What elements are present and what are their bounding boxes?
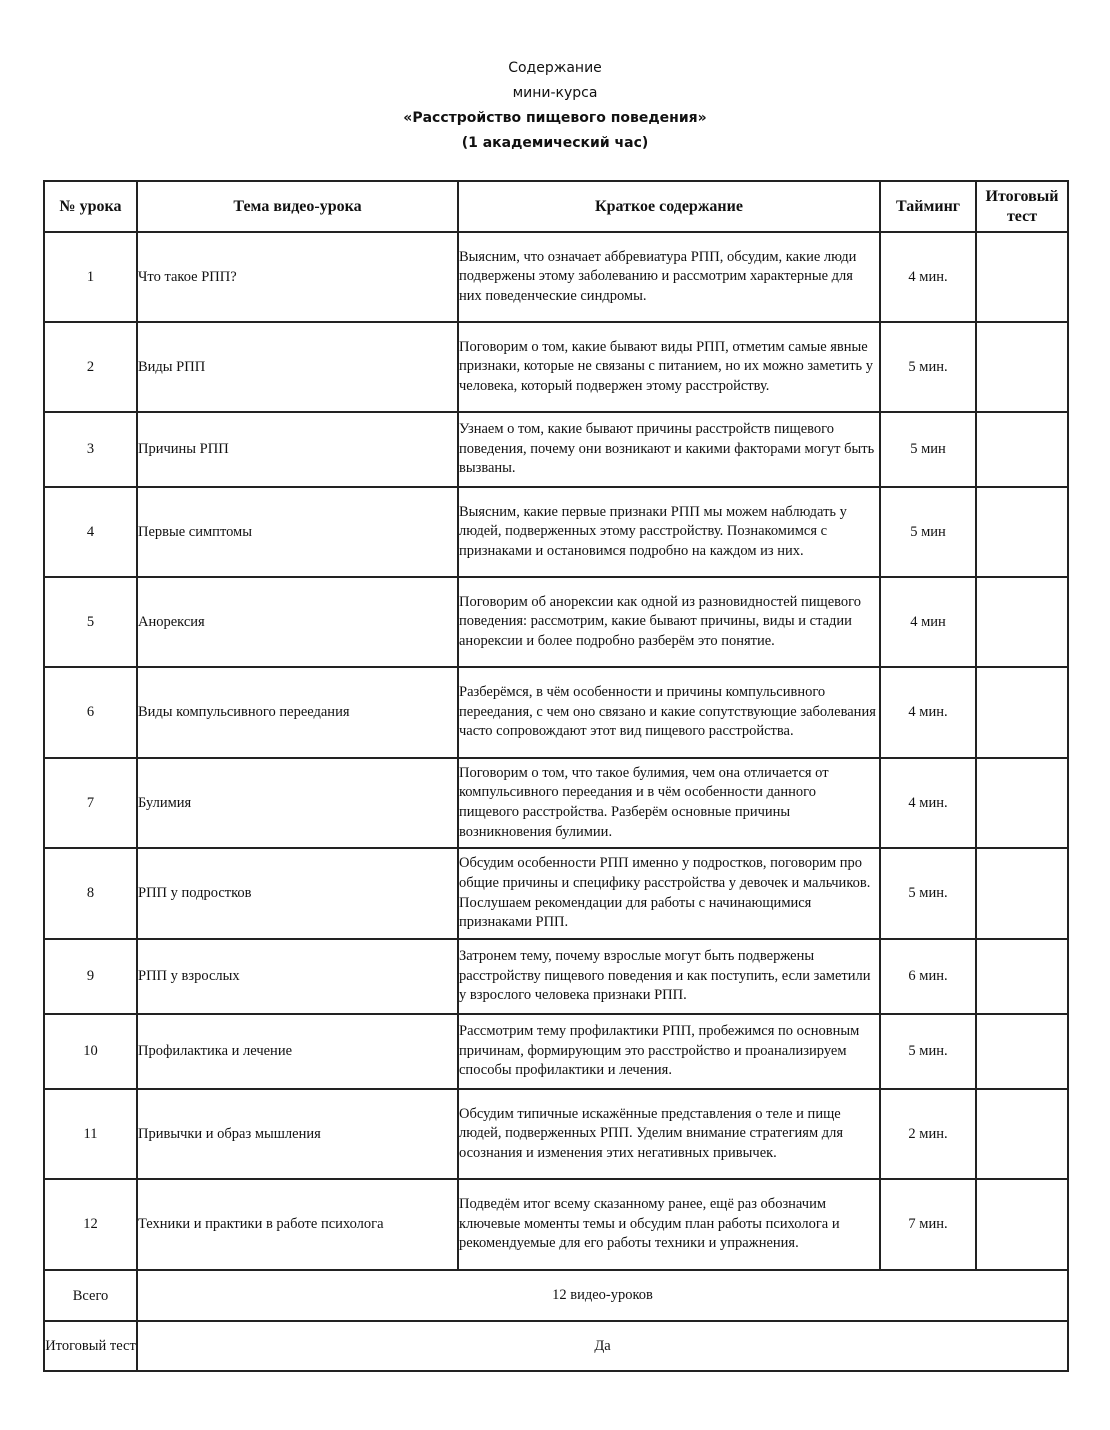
- document-title: Содержание мини-курса «Расстройство пище…: [0, 56, 1110, 156]
- lesson-final-test: [976, 1089, 1068, 1179]
- lesson-summary: Выясним, что означает аббревиатура РПП, …: [458, 232, 880, 322]
- lesson-timing: 5 мин: [880, 412, 976, 487]
- lesson-number: 10: [44, 1014, 137, 1089]
- lesson-summary: Поговорим об анорексии как одной из разн…: [458, 577, 880, 667]
- lesson-summary: Разберёмся, в чём особенности и причины …: [458, 667, 880, 758]
- lesson-summary: Поговорим о том, какие бывают виды РПП, …: [458, 322, 880, 412]
- lesson-final-test: [976, 667, 1068, 758]
- table-row: 5АнорексияПоговорим об анорексии как одн…: [44, 577, 1068, 667]
- table-row: 8РПП у подростковОбсудим особенности РПП…: [44, 848, 1068, 939]
- lesson-topic: Что такое РПП?: [137, 232, 458, 322]
- lesson-topic: Булимия: [137, 758, 458, 848]
- lesson-final-test: [976, 848, 1068, 939]
- lesson-summary: Подведём итог всему сказанному ранее, ещ…: [458, 1179, 880, 1270]
- title-line-duration: (1 академический час): [0, 131, 1110, 156]
- lesson-timing: 6 мин.: [880, 939, 976, 1014]
- lesson-timing: 4 мин.: [880, 667, 976, 758]
- lesson-summary: Рассмотрим тему профилактики РПП, пробеж…: [458, 1014, 880, 1089]
- lesson-topic: Профилактика и лечение: [137, 1014, 458, 1089]
- table-row: 12Техники и практики в работе психологаП…: [44, 1179, 1068, 1270]
- table-row: 11Привычки и образ мышленияОбсудим типич…: [44, 1089, 1068, 1179]
- lesson-timing: 5 мин.: [880, 848, 976, 939]
- total-row: Всего 12 видео-уроков: [44, 1270, 1068, 1321]
- table-row: 3Причины РППУзнаем о том, какие бывают п…: [44, 412, 1068, 487]
- total-value: 12 видео-уроков: [137, 1270, 1068, 1321]
- header-final-test: Итоговый тест: [976, 181, 1068, 232]
- table-row: 1Что такое РПП?Выясним, что означает абб…: [44, 232, 1068, 322]
- lesson-final-test: [976, 758, 1068, 848]
- lesson-timing: 4 мин.: [880, 758, 976, 848]
- lesson-topic: Причины РПП: [137, 412, 458, 487]
- lesson-summary: Обсудим особенности РПП именно у подрост…: [458, 848, 880, 939]
- lesson-summary: Затронем тему, почему взрослые могут быт…: [458, 939, 880, 1014]
- table-header-row: № урока Тема видео-урока Краткое содержа…: [44, 181, 1068, 232]
- lesson-number: 11: [44, 1089, 137, 1179]
- lesson-topic: Первые симптомы: [137, 487, 458, 577]
- lesson-number: 5: [44, 577, 137, 667]
- header-lesson-number: № урока: [44, 181, 137, 232]
- lesson-timing: 5 мин.: [880, 1014, 976, 1089]
- lesson-number: 2: [44, 322, 137, 412]
- lesson-summary: Узнаем о том, какие бывают причины расст…: [458, 412, 880, 487]
- table-row: 10Профилактика и лечениеРассмотрим тему …: [44, 1014, 1068, 1089]
- lesson-timing: 2 мин.: [880, 1089, 976, 1179]
- lesson-topic: Техники и практики в работе психолога: [137, 1179, 458, 1270]
- final-test-label: Итоговый тест: [44, 1321, 137, 1371]
- lesson-topic: РПП у взрослых: [137, 939, 458, 1014]
- table-row: 4Первые симптомыВыясним, какие первые пр…: [44, 487, 1068, 577]
- lesson-number: 1: [44, 232, 137, 322]
- course-contents-table: № урока Тема видео-урока Краткое содержа…: [43, 180, 1069, 1372]
- lesson-final-test: [976, 322, 1068, 412]
- lesson-number: 12: [44, 1179, 137, 1270]
- lesson-topic: РПП у подростков: [137, 848, 458, 939]
- table-row: 7БулимияПоговорим о том, что такое булим…: [44, 758, 1068, 848]
- lesson-timing: 4 мин.: [880, 232, 976, 322]
- lesson-final-test: [976, 939, 1068, 1014]
- title-line-course-name: «Расстройство пищевого поведения»: [0, 106, 1110, 131]
- final-test-row: Итоговый тест Да: [44, 1321, 1068, 1371]
- lesson-summary: Поговорим о том, что такое булимия, чем …: [458, 758, 880, 848]
- total-label: Всего: [44, 1270, 137, 1321]
- lesson-summary: Выясним, какие первые признаки РПП мы мо…: [458, 487, 880, 577]
- title-line-minicourse: мини-курса: [0, 81, 1110, 106]
- lesson-timing: 4 мин: [880, 577, 976, 667]
- table-row: 9РПП у взрослыхЗатронем тему, почему взр…: [44, 939, 1068, 1014]
- lesson-number: 9: [44, 939, 137, 1014]
- lesson-number: 4: [44, 487, 137, 577]
- lesson-number: 6: [44, 667, 137, 758]
- lesson-timing: 5 мин.: [880, 322, 976, 412]
- lesson-final-test: [976, 1179, 1068, 1270]
- header-summary: Краткое содержание: [458, 181, 880, 232]
- lesson-final-test: [976, 412, 1068, 487]
- lesson-final-test: [976, 487, 1068, 577]
- lesson-topic: Привычки и образ мышления: [137, 1089, 458, 1179]
- lesson-number: 7: [44, 758, 137, 848]
- table-row: 6Виды компульсивного перееданияРазберёмс…: [44, 667, 1068, 758]
- final-test-value: Да: [137, 1321, 1068, 1371]
- lesson-final-test: [976, 577, 1068, 667]
- lesson-final-test: [976, 1014, 1068, 1089]
- lesson-topic: Виды компульсивного переедания: [137, 667, 458, 758]
- header-topic: Тема видео-урока: [137, 181, 458, 232]
- title-line-contents: Содержание: [0, 56, 1110, 81]
- lesson-topic: Виды РПП: [137, 322, 458, 412]
- lesson-summary: Обсудим типичные искажённые представлени…: [458, 1089, 880, 1179]
- lesson-timing: 5 мин: [880, 487, 976, 577]
- lesson-topic: Анорексия: [137, 577, 458, 667]
- lesson-number: 8: [44, 848, 137, 939]
- table-row: 2Виды РПППоговорим о том, какие бывают в…: [44, 322, 1068, 412]
- lesson-number: 3: [44, 412, 137, 487]
- lesson-final-test: [976, 232, 1068, 322]
- header-timing: Тайминг: [880, 181, 976, 232]
- lesson-timing: 7 мин.: [880, 1179, 976, 1270]
